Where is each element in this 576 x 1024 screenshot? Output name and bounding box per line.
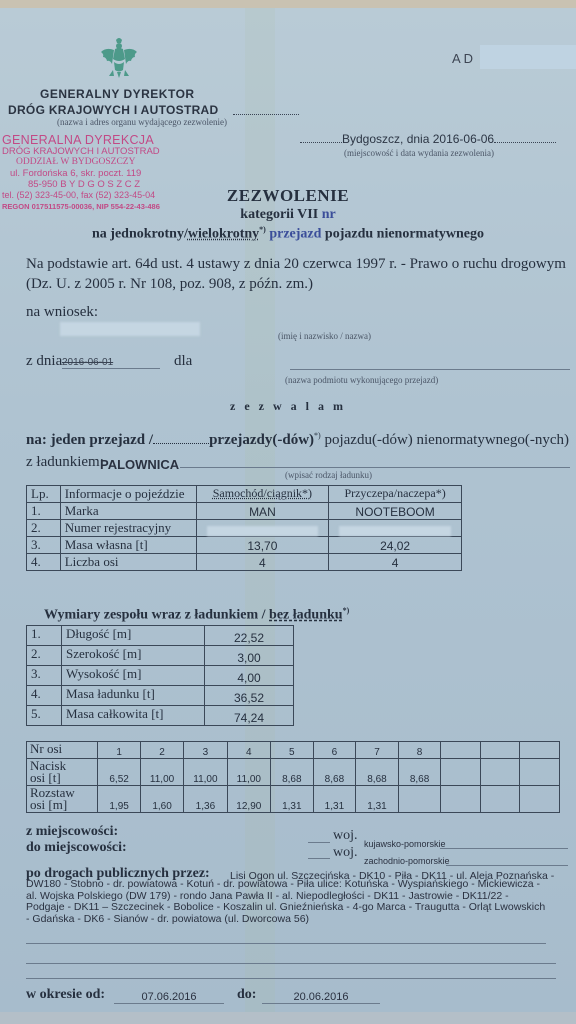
row-lp: 3. — [27, 537, 61, 554]
vehicle-info-table: Lp. Informacje o pojeździe Samochód/ciąg… — [26, 485, 462, 571]
document-number-redacted — [480, 45, 576, 69]
table-row: 5. Masa całkowita [t] 74,24 — [27, 706, 294, 726]
axle-spacing-label: Rozstawosi [m] — [27, 786, 98, 813]
axle-number-cell: 1 — [98, 742, 141, 759]
period-from-label: w okresie od: — [26, 987, 105, 1003]
axle-spacing-cell — [480, 786, 520, 813]
row-label: Liczba osi — [60, 554, 196, 571]
axle-spacing-cell: 1,31 — [271, 786, 314, 813]
axle-load-row: Naciskosi [t] 6,5211,0011,0011,008,688,6… — [27, 759, 560, 786]
legal-basis-line-2: (Dz. U. z 2005 r. Nr 108, poz. 908, z pó… — [26, 274, 576, 294]
to-voivodeship-label: woj. — [333, 845, 358, 861]
tractor-own-mass: 13,70 — [196, 537, 329, 554]
header-trailer: Przyczepa/naczepa*) — [329, 486, 462, 503]
table-row: 2. Szerokość [m] 3,00 — [27, 646, 294, 666]
entity-line — [290, 369, 570, 370]
axle-spacing-cell — [441, 786, 481, 813]
dimensions-heading: Wymiary zespołu wraz z ładunkiem / bez ł… — [44, 606, 349, 624]
issuer-dotted-line — [233, 103, 299, 115]
permit-type-line: na jednokrotny/wielokrotny*) przejazd po… — [0, 225, 576, 243]
axle-load-label-2: osi [t] — [30, 770, 61, 785]
stamp-line: ODDZIAŁ W BYDGOSZCZY — [2, 157, 160, 168]
applicant-name-caption: (imię i nazwisko / nazwa) — [278, 331, 371, 341]
permit-type-single: na jednokrotny/ — [92, 227, 188, 242]
row-lp: 2. — [27, 646, 62, 666]
table-row: 4. Liczba osi 4 4 — [27, 554, 462, 571]
axle-spacing-cell: 1,31 — [313, 786, 356, 813]
axle-number-label: Nr osi — [27, 742, 98, 759]
row-label: Masa całkowita [t] — [62, 706, 205, 726]
table-row: 3. Wysokość [m] 4,00 — [27, 666, 294, 686]
request-date-label: z dnia — [26, 353, 62, 370]
to-place-line — [308, 858, 330, 859]
row-lp: 4. — [27, 686, 62, 706]
axle-spacing-cell — [520, 786, 560, 813]
axle-load-cell: 11,00 — [227, 759, 270, 786]
trip-count-blank — [153, 443, 209, 444]
stamp-line: DRÓG KRAJOWYCH I AUTOSTRAD — [2, 146, 160, 157]
row-label: Wysokość [m] — [62, 666, 205, 686]
row-label: Długość [m] — [62, 626, 205, 646]
axle-spacing-cell: 12,90 — [227, 786, 270, 813]
grant-scope-line: na: jeden przejazd /przejazdy(-dów)*) po… — [26, 431, 569, 449]
axle-number-cell — [520, 742, 560, 759]
issuer-caption: (nazwa i adres organu wydającego zezwole… — [57, 117, 227, 127]
dotted-line — [494, 132, 556, 143]
period-to-value: 20.06.2016 — [262, 991, 380, 1004]
photo-bottom-edge — [0, 1012, 576, 1024]
axle-number-cell: 5 — [271, 742, 314, 759]
cargo-mass-value: 36,52 — [205, 686, 294, 706]
tractor-make: MAN — [196, 503, 329, 520]
row-label: Masa własna [t] — [60, 537, 196, 554]
vehicles-text: pojazdu(-dów) nienormatywnego(-nych) — [324, 432, 569, 448]
period-from-value: 07.06.2016 — [114, 991, 224, 1004]
axle-load-label: Naciskosi [t] — [27, 759, 98, 786]
height-value: 4,00 — [205, 666, 294, 686]
permit-type-passage: przejazd — [269, 227, 321, 242]
permit-document: GENERALNY DYREKTOR DRÓG KRAJOWYCH I AUTO… — [0, 8, 576, 1012]
axle-number-cell: 3 — [184, 742, 227, 759]
trailer-make: NOOTEBOOM — [329, 503, 462, 520]
axle-spacing-cell: 1,31 — [356, 786, 399, 813]
stamp-line: ul. Fordońska 6, skr. poczt. 119 — [2, 168, 160, 179]
footnote-mark: *) — [259, 225, 266, 234]
header-vehicle-info: Informacje o pojeździe — [60, 486, 196, 503]
blank-line — [26, 943, 546, 944]
axle-load-cell: 8,68 — [271, 759, 314, 786]
eagle-emblem-icon — [98, 36, 140, 80]
axle-number-cell: 7 — [356, 742, 399, 759]
cargo-label: z ładunkiem: — [26, 454, 104, 471]
axle-spacing-label-2: osi [m] — [30, 797, 67, 812]
issue-place-date-value: Bydgoszcz, dnia 2016-06-06 — [342, 132, 494, 146]
row-lp: 1. — [27, 626, 62, 646]
axle-spacing-cell — [398, 786, 441, 813]
table-row: 1. Długość [m] 22,52 — [27, 626, 294, 646]
header-lp: Lp. — [27, 486, 61, 503]
from-place-line — [308, 842, 330, 843]
tractor-axle-count: 4 — [196, 554, 329, 571]
axle-load-cell — [441, 759, 481, 786]
row-lp: 3. — [27, 666, 62, 686]
row-label: Szerokość [m] — [62, 646, 205, 666]
axle-number-cell: 4 — [227, 742, 270, 759]
cargo-value: PALOWNICA — [100, 457, 179, 472]
footnote-mark: *) — [314, 431, 321, 440]
from-voivodeship-label: woj. — [333, 828, 358, 844]
document-number-label: AD — [452, 51, 476, 66]
axle-spacing-cell: 1,60 — [140, 786, 183, 813]
axle-load-cell: 6,52 — [98, 759, 141, 786]
category-line: kategorii VII nr — [0, 207, 576, 223]
stamp-line: GENERALNA DYREKCJA — [2, 135, 160, 146]
axle-load-cell: 11,00 — [184, 759, 227, 786]
single-trip-label: na: jeden przejazd / — [26, 432, 153, 448]
width-value: 3,00 — [205, 646, 294, 666]
axle-load-cell: 8,68 — [313, 759, 356, 786]
to-place-label: do miejscowości: — [26, 840, 127, 856]
to-voivodeship-value: zachodnio-pomorskie — [364, 856, 450, 866]
applicant-name-redacted — [60, 322, 200, 336]
total-mass-value: 74,24 — [205, 706, 294, 726]
trailer-registration-redacted — [329, 520, 462, 537]
axle-load-cell: 11,00 — [140, 759, 183, 786]
axle-number-cell: 2 — [140, 742, 183, 759]
axle-table: Nr osi 12345678 Naciskosi [t] 6,5211,001… — [26, 741, 560, 813]
axle-spacing-cell: 1,95 — [98, 786, 141, 813]
legal-basis: Na podstawie art. 64d ust. 4 ustawy z dn… — [26, 254, 576, 294]
row-lp: 4. — [27, 554, 61, 571]
axle-number-cell: 8 — [398, 742, 441, 759]
document-title: ZEZWOLENIE — [0, 186, 576, 206]
blank-line — [26, 963, 556, 964]
header-tractor: Samochód/ciągnik*) — [196, 486, 329, 503]
trailer-axle-count: 4 — [329, 554, 462, 571]
table-row: 2. Numer rejestracyjny — [27, 520, 462, 537]
axle-spacing-row: Rozstawosi [m] 1,951,601,3612,901,311,31… — [27, 786, 560, 813]
roads-text: DW180 - Stobno - dr. powiatowa - Kotuń -… — [26, 879, 546, 925]
dimensions-table: 1. Długość [m] 22,52 2. Szerokość [m] 3,… — [26, 625, 294, 726]
row-lp: 5. — [27, 706, 62, 726]
axle-number-row: Nr osi 12345678 — [27, 742, 560, 759]
axle-number-cell — [480, 742, 520, 759]
request-label: na wniosek: — [26, 304, 98, 321]
row-lp: 2. — [27, 520, 61, 537]
table-row: 1. Marka MAN NOOTEBOOM — [27, 503, 462, 520]
table-row: 3. Masa własna [t] 13,70 24,02 — [27, 537, 462, 554]
period-to-label: do: — [237, 987, 256, 1003]
category-number-label: nr — [322, 207, 336, 222]
table-header-row: Lp. Informacje o pojeździe Samochód/ciąg… — [27, 486, 462, 503]
footnote-mark: *) — [343, 606, 350, 615]
axle-spacing-cell: 1,36 — [184, 786, 227, 813]
issue-place-date: Bydgoszcz, dnia 2016-06-06 — [300, 132, 556, 146]
dimensions-heading-without-load: bez ładunku — [269, 608, 343, 623]
issuer-line-1: GENERALNY DYREKTOR — [40, 87, 195, 101]
permit-type-multiple: wielokrotny — [188, 227, 259, 242]
multiple-trips-label: przejazdy(-dów) — [209, 432, 314, 448]
request-date-value: 2016-06-01 — [62, 357, 160, 369]
trailer-own-mass: 24,02 — [329, 537, 462, 554]
row-label: Numer rejestracyjny — [60, 520, 196, 537]
axle-number-cell — [441, 742, 481, 759]
grant-word: z e z w a l a m — [0, 399, 576, 414]
from-voivodeship-value: kujawsko-pomorskie — [364, 839, 446, 849]
tractor-registration-redacted — [196, 520, 329, 537]
legal-basis-line-1: Na podstawie art. 64d ust. 4 ustawy z dn… — [26, 254, 576, 274]
row-label: Masa ładunku [t] — [62, 686, 205, 706]
from-place-label: z miejscowości: — [26, 824, 118, 840]
issuer-line-2: DRÓG KRAJOWYCH I AUTOSTRAD — [8, 103, 218, 117]
axle-load-cell — [480, 759, 520, 786]
axle-load-cell — [520, 759, 560, 786]
blank-line — [26, 978, 556, 979]
dimensions-heading-prefix: Wymiary zespołu wraz z ładunkiem / — [44, 608, 269, 623]
length-value: 22,52 — [205, 626, 294, 646]
category-label: kategorii VII — [240, 207, 318, 222]
permit-type-vehicle: pojazdu nienormatywnego — [325, 227, 484, 242]
axle-number-cell: 6 — [313, 742, 356, 759]
cargo-caption: (wpisać rodzaj ładunku) — [285, 470, 372, 480]
dotted-line — [300, 132, 342, 143]
issue-place-date-caption: (miejscowość i data wydania zezwolenia) — [344, 148, 494, 158]
axle-load-cell: 8,68 — [398, 759, 441, 786]
table-row: 4. Masa ładunku [t] 36,52 — [27, 686, 294, 706]
for-label: dla — [174, 353, 192, 370]
axle-load-cell: 8,68 — [356, 759, 399, 786]
row-lp: 1. — [27, 503, 61, 520]
entity-caption: (nazwa podmiotu wykonującego przejazd) — [285, 375, 438, 385]
to-voivodeship-line — [446, 865, 568, 866]
row-label: Marka — [60, 503, 196, 520]
cargo-line — [180, 467, 570, 468]
from-voivodeship-line — [440, 848, 568, 849]
